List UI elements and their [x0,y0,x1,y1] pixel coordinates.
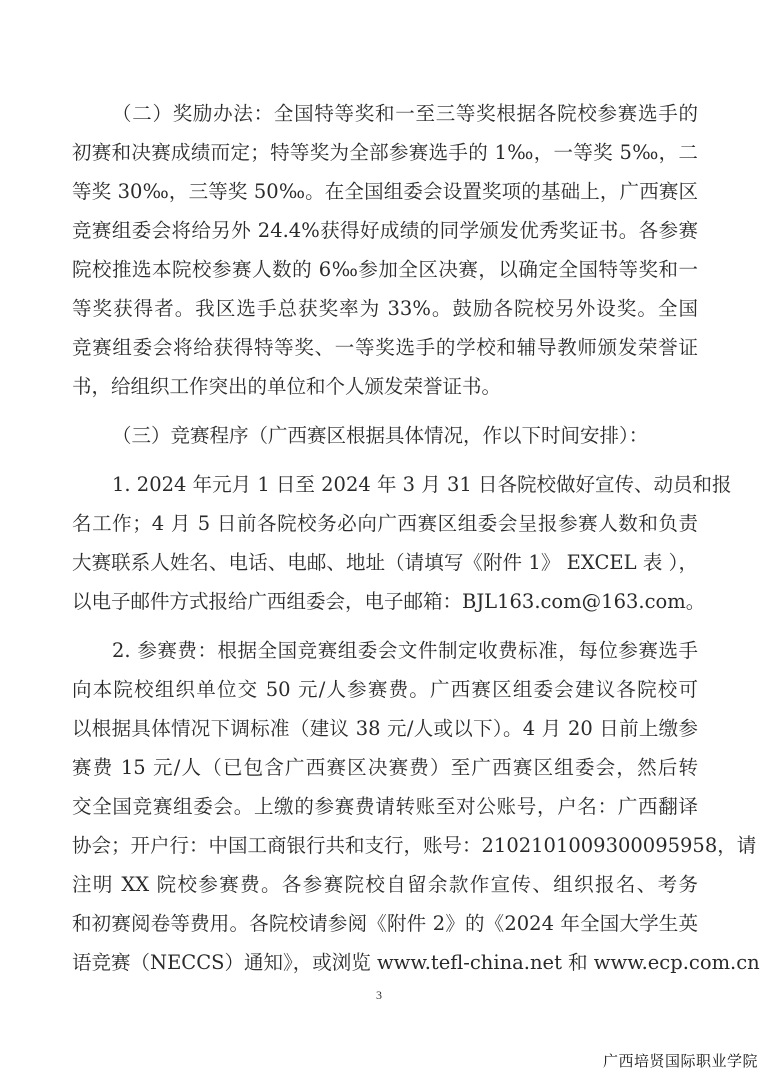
paragraph-line: 向本院校组织单位交 50 元/人参赛费。广西赛区组委会建议各院校可 [72,675,698,705]
paragraph-line: 交全国竞赛组委会。上缴的参赛费请转账至对公账号，户名：广西翻译 [72,792,698,822]
paragraph-line: 竞赛组委会将给另外 24.4%获得好成绩的同学颁发优秀奖证书。各参赛 [72,216,698,246]
page-number: 3 [376,988,382,1003]
paragraph-line: 2. 参赛费：根据全国竞赛组委会文件制定收费标准，每位参赛选手 [112,636,698,666]
footer-organization: 广西培贤国际职业学院 [603,1050,758,1071]
section-heading: （三）竞赛程序（广西赛区根据具体情况，作以下时间安排）： [112,421,698,451]
paragraph-line: 赛费 15 元/人（已包含广西赛区决赛费）至广西赛区组委会，然后转 [72,753,698,783]
paragraph-line-websites: 语竞赛（NECCS）通知》，或浏览 www.tefl-china.net 和 w… [72,948,698,978]
paragraph-line: 1. 2024 年元月 1 日至 2024 年 3 月 31 日各院校做好宣传、… [112,470,698,500]
paragraph-line: 大赛联系人姓名、电话、电邮、地址（请填写《附件 1》 EXCEL 表 ）， [72,548,698,578]
paragraph-line: （二）奖励办法：全国特等奖和一至三等奖根据各院校参赛选手的 [112,99,698,129]
paragraph-line: 等奖 30‰，三等奖 50‰。在全国组委会设置奖项的基础上，广西赛区 [72,177,698,207]
paragraph-line: 名工作；4 月 5 日前各院校务必向广西赛区组委会呈报参赛人数和负责 [72,509,698,539]
paragraph-line: 初赛和决赛成绩而定；特等奖为全部参赛选手的 1‰，一等奖 5‰，二 [72,138,698,168]
paragraph-line: 竞赛组委会将给获得特等奖、一等奖选手的学校和辅导教师颁发荣誉证 [72,333,698,363]
paragraph-line-email: 以电子邮件方式报给广西组委会，电子邮箱：BJL163.com@163.com。 [72,587,698,617]
paragraph-line-account: 协会；开户行：中国工商银行共和支行，账号：2102101009300095958… [72,831,698,861]
paragraph-line: 以根据具体情况下调标准（建议 38 元/人或以下）。4 月 20 日前上缴参 [72,714,698,744]
paragraph-line: 院校推选本院校参赛人数的 6‰参加全区决赛，以确定全国特等奖和一 [72,255,698,285]
paragraph-line: 和初赛阅卷等费用。各院校请参阅《附件 2》的《2024 年全国大学生英 [72,909,698,939]
document-page: （二）奖励办法：全国特等奖和一至三等奖根据各院校参赛选手的 初赛和决赛成绩而定；… [0,0,764,1080]
paragraph-line: 注明 XX 院校参赛费。各参赛院校自留余款作宣传、组织报名、考务 [72,870,698,900]
paragraph-line: 书，给组织工作突出的单位和个人颁发荣誉证书。 [72,372,698,402]
paragraph-line: 等奖获得者。我区选手总获奖率为 33%。鼓励各院校另外设奖。全国 [72,294,698,324]
